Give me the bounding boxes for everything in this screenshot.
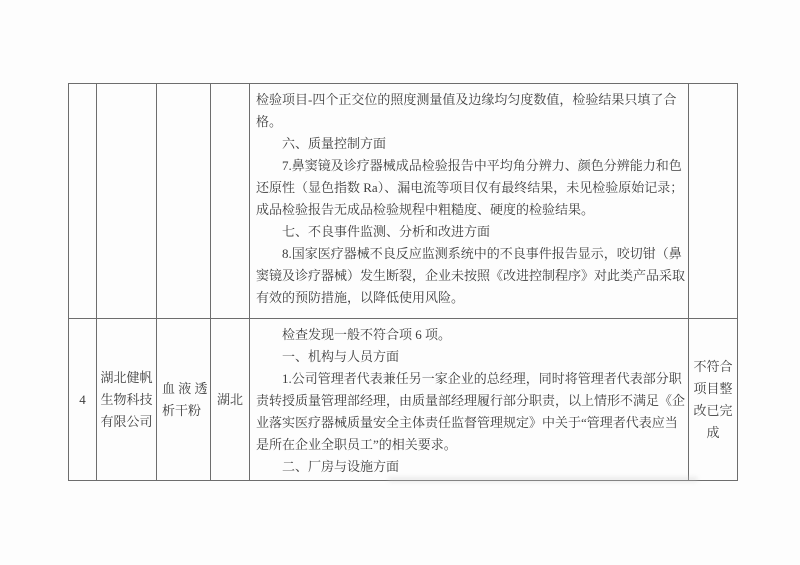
document-page: 检验项目-四个正交位的照度测量值及边缘均匀度数值，检验结果只填了合 格。 六、质… xyxy=(0,0,800,565)
table-row-continuation: 检验项目-四个正交位的照度测量值及边缘均匀度数值，检验结果只填了合 格。 六、质… xyxy=(69,84,738,319)
table-row-4: 4 湖北健帆 生物科技 有限公司 血 液 透 析干粉 湖北 检查发现一般不符合项… xyxy=(69,319,738,481)
findings-text-cell: 检验项目-四个正交位的照度测量值及边缘均匀度数值，检验结果只填了合 格。 六、质… xyxy=(250,84,689,319)
company-name-cell: 湖北健帆 生物科技 有限公司 xyxy=(97,319,157,481)
scan-smudge xyxy=(388,477,698,482)
inspection-findings-table: 检验项目-四个正交位的照度测量值及边缘均匀度数值，检验结果只填了合 格。 六、质… xyxy=(68,83,738,481)
product-name-cell xyxy=(157,84,211,319)
row-number-cell: 4 xyxy=(69,319,97,481)
rectification-status-cell xyxy=(689,84,738,319)
company-name-cell xyxy=(97,84,157,319)
row-number-cell xyxy=(69,84,97,319)
province-cell: 湖北 xyxy=(211,319,250,481)
findings-text-cell: 检查发现一般不符合项 6 项。 一、机构与人员方面 1.公司管理者代表兼任另一家… xyxy=(250,319,689,481)
province-cell xyxy=(211,84,250,319)
rectification-status-cell: 不符合 项目整 改已完 成 xyxy=(689,319,738,481)
product-name-cell: 血 液 透 析干粉 xyxy=(157,319,211,481)
